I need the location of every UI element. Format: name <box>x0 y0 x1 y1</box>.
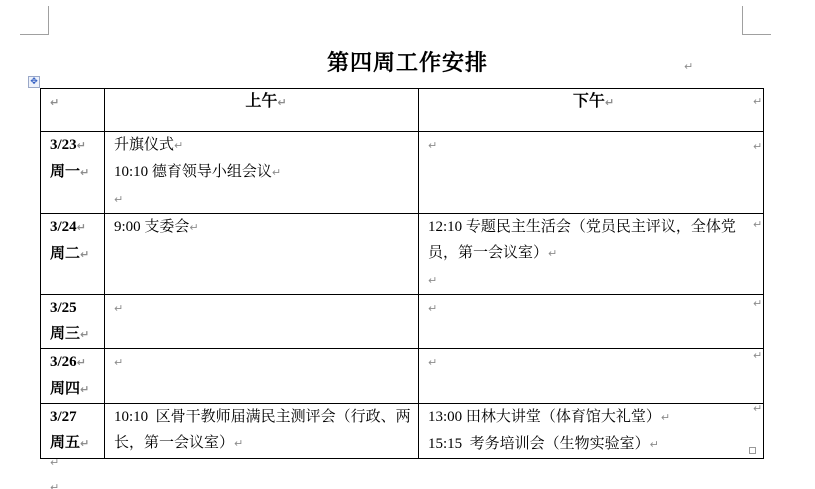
event-text: 9:00 支委会 <box>114 219 189 235</box>
morning-cell[interactable]: 9:00 支委会↵ <box>105 214 419 295</box>
paragraph-mark-icon: ↵ <box>428 302 437 315</box>
paragraph-mark-icon: ↵ <box>650 438 659 451</box>
date-text: 3/23 <box>50 137 77 153</box>
title-text: 第四周工作安排 <box>327 50 488 75</box>
paragraph-mark-icon: ↵ <box>189 221 198 234</box>
date-cell[interactable]: 3/26↵ 周四↵ <box>41 349 105 404</box>
end-of-row-mark-icon: ↵ <box>753 218 762 231</box>
date-text: 3/25 <box>50 300 77 316</box>
event-text: 10:10 区骨干教师届满民主测评会（行政、两长，第一会议室） <box>114 409 411 451</box>
morning-cell[interactable]: 升旗仪式↵ 10:10 德育领导小组会议↵ ↵ <box>105 132 419 214</box>
paragraph-mark-icon: ↵ <box>80 328 89 341</box>
table-row: 3/26↵ 周四↵ ↵ ↵ <box>41 349 764 404</box>
event-text: 13:00 田林大讲堂（体育馆大礼堂） <box>428 409 661 425</box>
paragraph-mark-icon: ↵ <box>277 96 286 109</box>
paragraph-mark-icon: ↵ <box>548 247 557 260</box>
event-text: 12:10 专题民主生活会（党员民主评议，全体党员，第一会议室） <box>428 219 736 261</box>
date-text: 3/26 <box>50 354 77 370</box>
end-of-row-mark-icon: ↵ <box>753 297 762 310</box>
page-corner-mark-top-right <box>742 6 771 35</box>
paragraph-mark-icon: ↵ <box>77 221 86 234</box>
paragraph-mark-icon: ↵ <box>80 437 89 450</box>
event-text: 升旗仪式 <box>114 137 174 153</box>
schedule-table: ↵ 上午↵ 下午↵ 3/23↵ 周一↵ 升旗仪式↵ 10:10 德育领导小组会议… <box>40 88 764 459</box>
weekday-text: 周一 <box>50 164 80 180</box>
paragraph-mark-icon: ↵ <box>684 60 693 73</box>
paragraph-mark-icon: ↵ <box>661 411 670 424</box>
weekday-text: 周五 <box>50 435 80 451</box>
weekday-text: 周二 <box>50 246 80 262</box>
paragraph-mark-icon: ↵ <box>605 96 614 109</box>
date-cell[interactable]: 3/23↵ 周一↵ <box>41 132 105 214</box>
end-of-row-mark-icon: ↵ <box>753 140 762 153</box>
table-row: 3/23↵ 周一↵ 升旗仪式↵ 10:10 德育领导小组会议↵ ↵ ↵ <box>41 132 764 214</box>
afternoon-cell[interactable]: ↵ <box>419 295 764 349</box>
table-header-row: ↵ 上午↵ 下午↵ <box>41 89 764 132</box>
paragraph-mark-icon: ↵ <box>80 248 89 261</box>
paragraph-mark-icon: ↵ <box>428 139 437 152</box>
paragraph-mark-icon: ↵ <box>114 193 123 206</box>
table-row: 3/25 周三↵ ↵ ↵ <box>41 295 764 349</box>
paragraph-mark-icon: ↵ <box>80 383 89 396</box>
paragraph-mark-icon: ↵ <box>50 481 59 489</box>
weekday-text: 周四 <box>50 381 80 397</box>
header-cell-morning[interactable]: 上午↵ <box>105 89 419 132</box>
paragraph-mark-icon: ↵ <box>80 166 89 179</box>
date-text: 3/27 <box>50 409 77 425</box>
table-move-handle-icon[interactable]: ✥ <box>28 76 40 88</box>
page-corner-mark-top-left <box>20 6 49 35</box>
date-text: 3/24 <box>50 219 77 235</box>
paragraph-mark-icon: ↵ <box>428 274 437 287</box>
afternoon-cell[interactable]: 12:10 专题民主生活会（党员民主评议，全体党员，第一会议室）↵ ↵ <box>419 214 764 295</box>
header-morning-label: 上午 <box>245 93 277 110</box>
paragraph-mark-icon: ↵ <box>174 139 183 152</box>
paragraph-mark-icon: ↵ <box>77 356 86 369</box>
afternoon-cell[interactable]: 13:00 田林大讲堂（体育馆大礼堂）↵ 15:15 考务培训会（生物实验室）↵ <box>419 404 764 459</box>
header-cell-date[interactable]: ↵ <box>41 89 105 132</box>
paragraph-mark-icon: ↵ <box>50 456 59 469</box>
weekday-text: 周三 <box>50 326 80 342</box>
paragraph-mark-icon: ↵ <box>428 356 437 369</box>
afternoon-cell[interactable]: ↵ <box>419 349 764 404</box>
morning-cell[interactable]: ↵ <box>105 349 419 404</box>
table-row: 3/27 周五↵ 10:10 区骨干教师届满民主测评会（行政、两长，第一会议室）… <box>41 404 764 459</box>
table-row: 3/24↵ 周二↵ 9:00 支委会↵ 12:10 专题民主生活会（党员民主评议… <box>41 214 764 295</box>
event-text: 10:10 德育领导小组会议 <box>114 164 272 180</box>
date-cell[interactable]: 3/25 周三↵ <box>41 295 105 349</box>
paragraph-mark-icon: ↵ <box>77 139 86 152</box>
date-cell[interactable]: 3/24↵ 周二↵ <box>41 214 105 295</box>
paragraph-mark-icon: ↵ <box>50 96 59 109</box>
paragraph-mark-icon: ↵ <box>272 166 281 179</box>
header-cell-afternoon[interactable]: 下午↵ <box>419 89 764 132</box>
event-text: 15:15 考务培训会（生物实验室） <box>428 436 650 452</box>
end-of-row-mark-icon: ↵ <box>753 402 762 415</box>
afternoon-cell[interactable]: ↵ <box>419 132 764 214</box>
table-resize-handle[interactable] <box>749 447 756 454</box>
paragraph-mark-icon: ↵ <box>114 302 123 315</box>
paragraph-mark-icon: ↵ <box>234 437 243 450</box>
paragraph-mark-icon: ↵ <box>114 356 123 369</box>
end-of-row-mark-icon: ↵ <box>753 349 762 362</box>
date-cell[interactable]: 3/27 周五↵ <box>41 404 105 459</box>
morning-cell[interactable]: ↵ <box>105 295 419 349</box>
morning-cell[interactable]: 10:10 区骨干教师届满民主测评会（行政、两长，第一会议室）↵ <box>105 404 419 459</box>
end-of-row-mark-icon: ↵ <box>753 95 762 108</box>
header-afternoon-label: 下午 <box>573 93 605 110</box>
